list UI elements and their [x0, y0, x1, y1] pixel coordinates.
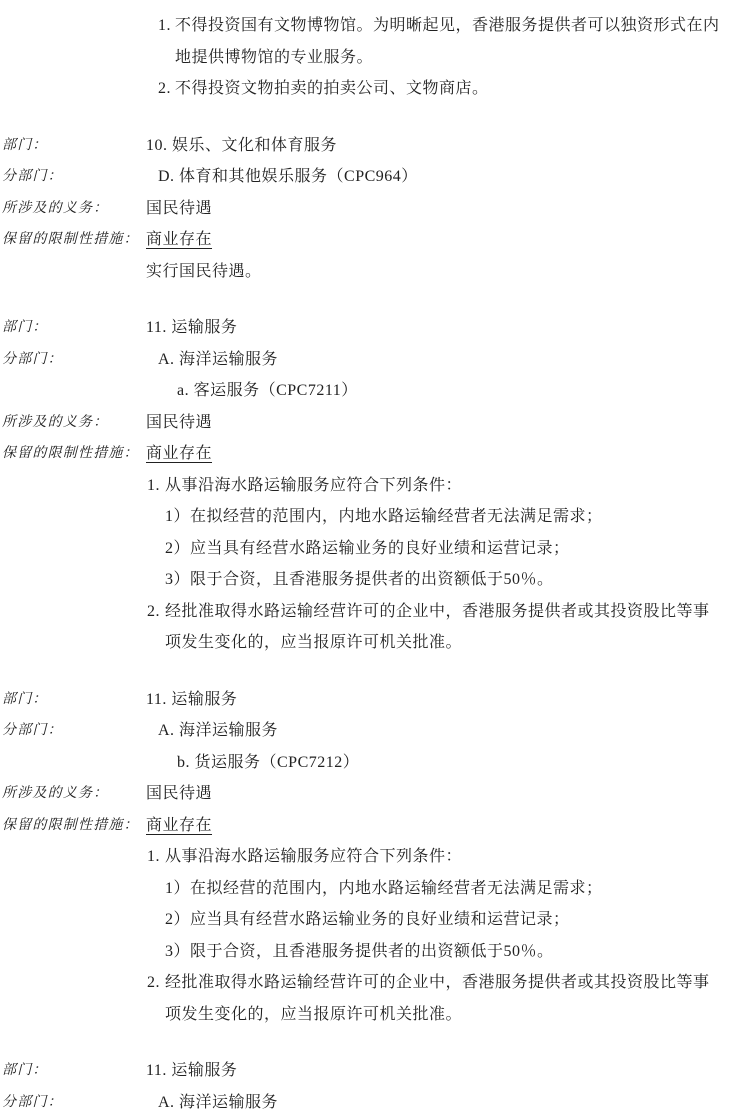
document-page: 1. 不得投资国有文物博物馆。为明晰起见，香港服务提供者可以独资形式在内地提供博…: [0, 0, 744, 1111]
list-item-text: 经批准取得水路运输经营许可的企业中，香港服务提供者或其投资股比等事项发生变化的，…: [165, 967, 717, 1030]
measures-list: 1. 从事沿海水路运输服务应符合下列条件： 1） 在拟经营的范围内，内地水路运输…: [147, 470, 744, 659]
list-subitem: 3） 限于合资，且香港服务提供者的出资额低于50％。: [165, 564, 744, 596]
subitem-number: 1）: [165, 873, 190, 905]
list-item-number: 1.: [147, 470, 165, 502]
measures-row: 保留的限制性措施： 商业存在: [2, 224, 744, 256]
sector-label: 部门：: [2, 312, 146, 344]
obligations-value: 国民待遇: [146, 407, 744, 439]
subsector-value: D. 体育和其他娱乐服务（CPC964）: [146, 161, 744, 193]
measures-label: 保留的限制性措施：: [2, 224, 146, 256]
obligations-label: 所涉及的义务：: [2, 193, 146, 225]
list-item-text: 不得投资国有文物博物馆。为明晰起见，香港服务提供者可以独资形式在内地提供博物馆的…: [175, 10, 727, 73]
measures-heading: 商业存在: [146, 817, 212, 834]
obligations-label: 所涉及的义务：: [2, 407, 146, 439]
list-subitem: 1） 在拟经营的范围内，内地水路运输经营者无法满足需求；: [165, 873, 744, 905]
list-item: 1. 从事沿海水路运输服务应符合下列条件：: [147, 470, 744, 502]
obligations-value: 国民待遇: [146, 778, 744, 810]
list-subitem: 1） 在拟经营的范围内，内地水路运输经营者无法满足需求；: [165, 501, 744, 533]
measures-heading: 商业存在: [146, 445, 212, 462]
subitem-text: 应当具有经营水路运输业务的良好业绩和运营记录；: [190, 533, 744, 565]
sector-value: 11. 运输服务: [146, 312, 744, 344]
sector-row: 部门： 10. 娱乐、文化和体育服务: [2, 130, 744, 162]
sector-label: 部门：: [2, 130, 146, 162]
subsector2-value: b. 货运服务（CPC7212）: [146, 747, 744, 779]
list-subitem: 2） 应当具有经营水路运输业务的良好业绩和运营记录；: [165, 904, 744, 936]
subitem-number: 3）: [165, 936, 190, 968]
obligations-row: 所涉及的义务： 国民待遇: [2, 778, 744, 810]
measures-body-row: 实行国民待遇。: [2, 256, 744, 288]
sector-label: 部门：: [2, 684, 146, 716]
subitem-number: 3）: [165, 564, 190, 596]
subsector-label: 分部门：: [2, 1087, 146, 1111]
subsector2-row: b. 货运服务（CPC7212）: [2, 747, 744, 779]
measures-body-text: 实行国民待遇。: [146, 256, 744, 288]
list-item-number: 2.: [158, 73, 175, 105]
subsector-row: 分部门： A. 海洋运输服务: [2, 344, 744, 376]
list-item-text: 不得投资文物拍卖的拍卖公司、文物商店。: [175, 73, 727, 105]
subitem-text: 应当具有经营水路运输业务的良好业绩和运营记录；: [190, 904, 744, 936]
list-subitem: 3） 限于合资，且香港服务提供者的出资额低于50％。: [165, 936, 744, 968]
subitem-number: 2）: [165, 533, 190, 565]
list-item-number: 2.: [147, 596, 165, 659]
carryover-list: 1. 不得投资国有文物博物馆。为明晰起见，香港服务提供者可以独资形式在内地提供博…: [158, 10, 744, 105]
schedule-entry: 部门： 11. 运输服务 分部门： A. 海洋运输服务 b. 货运服务（CPC7…: [2, 684, 744, 1031]
list-item-text: 从事沿海水路运输服务应符合下列条件：: [165, 841, 717, 873]
measures-label: 保留的限制性措施：: [2, 438, 146, 470]
list-item: 2. 不得投资文物拍卖的拍卖公司、文物商店。: [158, 73, 744, 105]
obligations-value: 国民待遇: [146, 193, 744, 225]
measures-row: 保留的限制性措施： 商业存在: [2, 810, 744, 842]
subitem-text: 限于合资，且香港服务提供者的出资额低于50％。: [190, 936, 744, 968]
list-item: 1. 不得投资国有文物博物馆。为明晰起见，香港服务提供者可以独资形式在内地提供博…: [158, 10, 744, 73]
measures-list: 1. 从事沿海水路运输服务应符合下列条件： 1） 在拟经营的范围内，内地水路运输…: [147, 841, 744, 1030]
subitem-text: 在拟经营的范围内，内地水路运输经营者无法满足需求；: [190, 873, 744, 905]
subsector-row: 分部门： A. 海洋运输服务: [2, 1087, 744, 1111]
subsector-value: A. 海洋运输服务: [146, 344, 744, 376]
obligations-label: 所涉及的义务：: [2, 778, 146, 810]
list-item-text: 经批准取得水路运输经营许可的企业中，香港服务提供者或其投资股比等事项发生变化的，…: [165, 596, 717, 659]
subitem-text: 在拟经营的范围内，内地水路运输经营者无法满足需求；: [190, 501, 744, 533]
list-item: 2. 经批准取得水路运输经营许可的企业中，香港服务提供者或其投资股比等事项发生变…: [147, 596, 744, 659]
subsector-label: 分部门：: [2, 715, 146, 747]
subsector-row: 分部门： A. 海洋运输服务: [2, 715, 744, 747]
list-item-text: 从事沿海水路运输服务应符合下列条件：: [165, 470, 717, 502]
list-subitem: 2） 应当具有经营水路运输业务的良好业绩和运营记录；: [165, 533, 744, 565]
sector-value: 11. 运输服务: [146, 684, 744, 716]
subitem-number: 2）: [165, 904, 190, 936]
sector-label: 部门：: [2, 1055, 146, 1087]
subsector-row: 分部门： D. 体育和其他娱乐服务（CPC964）: [2, 161, 744, 193]
subsector-value: A. 海洋运输服务: [146, 1087, 744, 1111]
list-item: 1. 从事沿海水路运输服务应符合下列条件：: [147, 841, 744, 873]
measures-heading: 商业存在: [146, 231, 212, 248]
sector-value: 10. 娱乐、文化和体育服务: [146, 130, 744, 162]
obligations-row: 所涉及的义务： 国民待遇: [2, 407, 744, 439]
sector-row: 部门： 11. 运输服务: [2, 1055, 744, 1087]
obligations-row: 所涉及的义务： 国民待遇: [2, 193, 744, 225]
schedule-entry: 部门： 11. 运输服务 分部门： A. 海洋运输服务: [2, 1055, 744, 1111]
sector-value: 11. 运输服务: [146, 1055, 744, 1087]
subitem-text: 限于合资，且香港服务提供者的出资额低于50％。: [190, 564, 744, 596]
list-item-number: 2.: [147, 967, 165, 1030]
list-item: 2. 经批准取得水路运输经营许可的企业中，香港服务提供者或其投资股比等事项发生变…: [147, 967, 744, 1030]
list-item-number: 1.: [147, 841, 165, 873]
subsector-label: 分部门：: [2, 161, 146, 193]
subsector-value: A. 海洋运输服务: [146, 715, 744, 747]
sector-row: 部门： 11. 运输服务: [2, 312, 744, 344]
measures-row: 保留的限制性措施： 商业存在: [2, 438, 744, 470]
measures-label: 保留的限制性措施：: [2, 810, 146, 842]
schedule-entry: 部门： 10. 娱乐、文化和体育服务 分部门： D. 体育和其他娱乐服务（CPC…: [2, 130, 744, 288]
subsector2-row: a. 客运服务（CPC7211）: [2, 375, 744, 407]
subsector2-value: a. 客运服务（CPC7211）: [146, 375, 744, 407]
list-item-number: 1.: [158, 10, 175, 73]
schedule-entry: 部门： 11. 运输服务 分部门： A. 海洋运输服务 a. 客运服务（CPC7…: [2, 312, 744, 659]
subsector-label: 分部门：: [2, 344, 146, 376]
subitem-number: 1）: [165, 501, 190, 533]
sector-row: 部门： 11. 运输服务: [2, 684, 744, 716]
